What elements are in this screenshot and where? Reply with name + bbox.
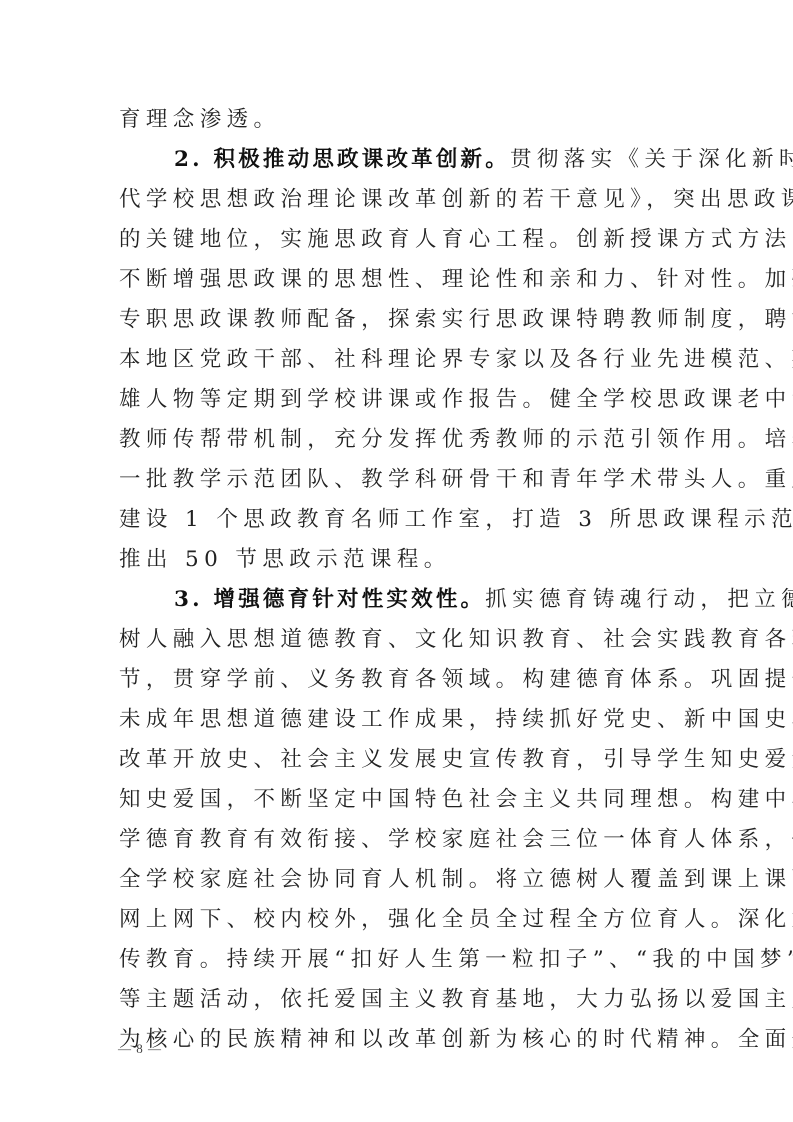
page-number: — 8 — (118, 1041, 162, 1057)
text-line: 节，贯穿学前、义务教育各领域。构建德育体系。巩固提升 (119, 660, 675, 700)
text-line: 学德育教育有效衔接、学校家庭社会三位一体育人体系，健 (119, 820, 675, 860)
text-line: 全学校家庭社会协同育人机制。将立德树人覆盖到课上课下、 (119, 860, 675, 900)
text-line: 专职思政课教师配备，探索实行思政课特聘教师制度，聘请 (119, 300, 675, 340)
text-line: 代学校思想政治理论课改革创新的若干意见》，突出思政课 (119, 180, 675, 220)
section-2-heading: 2. 积极推动思政课改革创新。 (174, 147, 510, 172)
section-3-first-line: 3. 增强德育针对性实效性。抓实德育铸魂行动，把立德 (119, 580, 675, 620)
text-line: 推出 50 节思政示范课程。 (119, 540, 675, 580)
text-line: 雄人物等定期到学校讲课或作报告。健全学校思政课老中青 (119, 380, 675, 420)
text-line: 知史爱国，不断坚定中国特色社会主义共同理想。构建中小 (119, 780, 675, 820)
text-line: 传教育。持续开展“扣好人生第一粒扣子”、“我的中国梦” (119, 940, 675, 980)
text-line: 网上网下、校内校外，强化全员全过程全方位育人。深化宣 (119, 900, 675, 940)
document-body: 育理念渗透。 2. 积极推动思政课改革创新。贯彻落实《关于深化新时 代学校思想政… (119, 100, 675, 1060)
text-line: 等主题活动，依托爱国主义教育基地，大力弘扬以爱国主义 (119, 980, 675, 1020)
text-line: 教师传帮带机制，充分发挥优秀教师的示范引领作用。培养 (119, 420, 675, 460)
section-2-first-line: 2. 积极推动思政课改革创新。贯彻落实《关于深化新时 (119, 140, 675, 180)
text-line: 一批教学示范团队、教学科研骨干和青年学术带头人。重点 (119, 460, 675, 500)
section-3-heading: 3. 增强德育针对性实效性。 (174, 587, 485, 612)
text-line: 本地区党政干部、社科理论界专家以及各行业先进模范、英 (119, 340, 675, 380)
text-line: 改革开放史、社会主义发展史宣传教育，引导学生知史爱党、 (119, 740, 675, 780)
text-line: 未成年思想道德建设工作成果，持续抓好党史、新中国史、 (119, 700, 675, 740)
text-line: 为核心的民族精神和以改革创新为核心的时代精神。全面开 (119, 1020, 675, 1060)
text-run: 抓实德育铸魂行动，把立德 (485, 587, 793, 612)
text-line: 树人融入思想道德教育、文化知识教育、社会实践教育各环 (119, 620, 675, 660)
text-line: 的关键地位，实施思政育人育心工程。创新授课方式方法， (119, 220, 675, 260)
text-line: 不断增强思政课的思想性、理论性和亲和力、针对性。加强 (119, 260, 675, 300)
text-line: 建设 1 个思政教育名师工作室，打造 3 所思政课程示范学校， (119, 500, 675, 540)
text-line: 育理念渗透。 (119, 100, 675, 140)
text-run: 贯彻落实《关于深化新时 (510, 147, 793, 172)
document-page: 育理念渗透。 2. 积极推动思政课改革创新。贯彻落实《关于深化新时 代学校思想政… (0, 0, 793, 1122)
